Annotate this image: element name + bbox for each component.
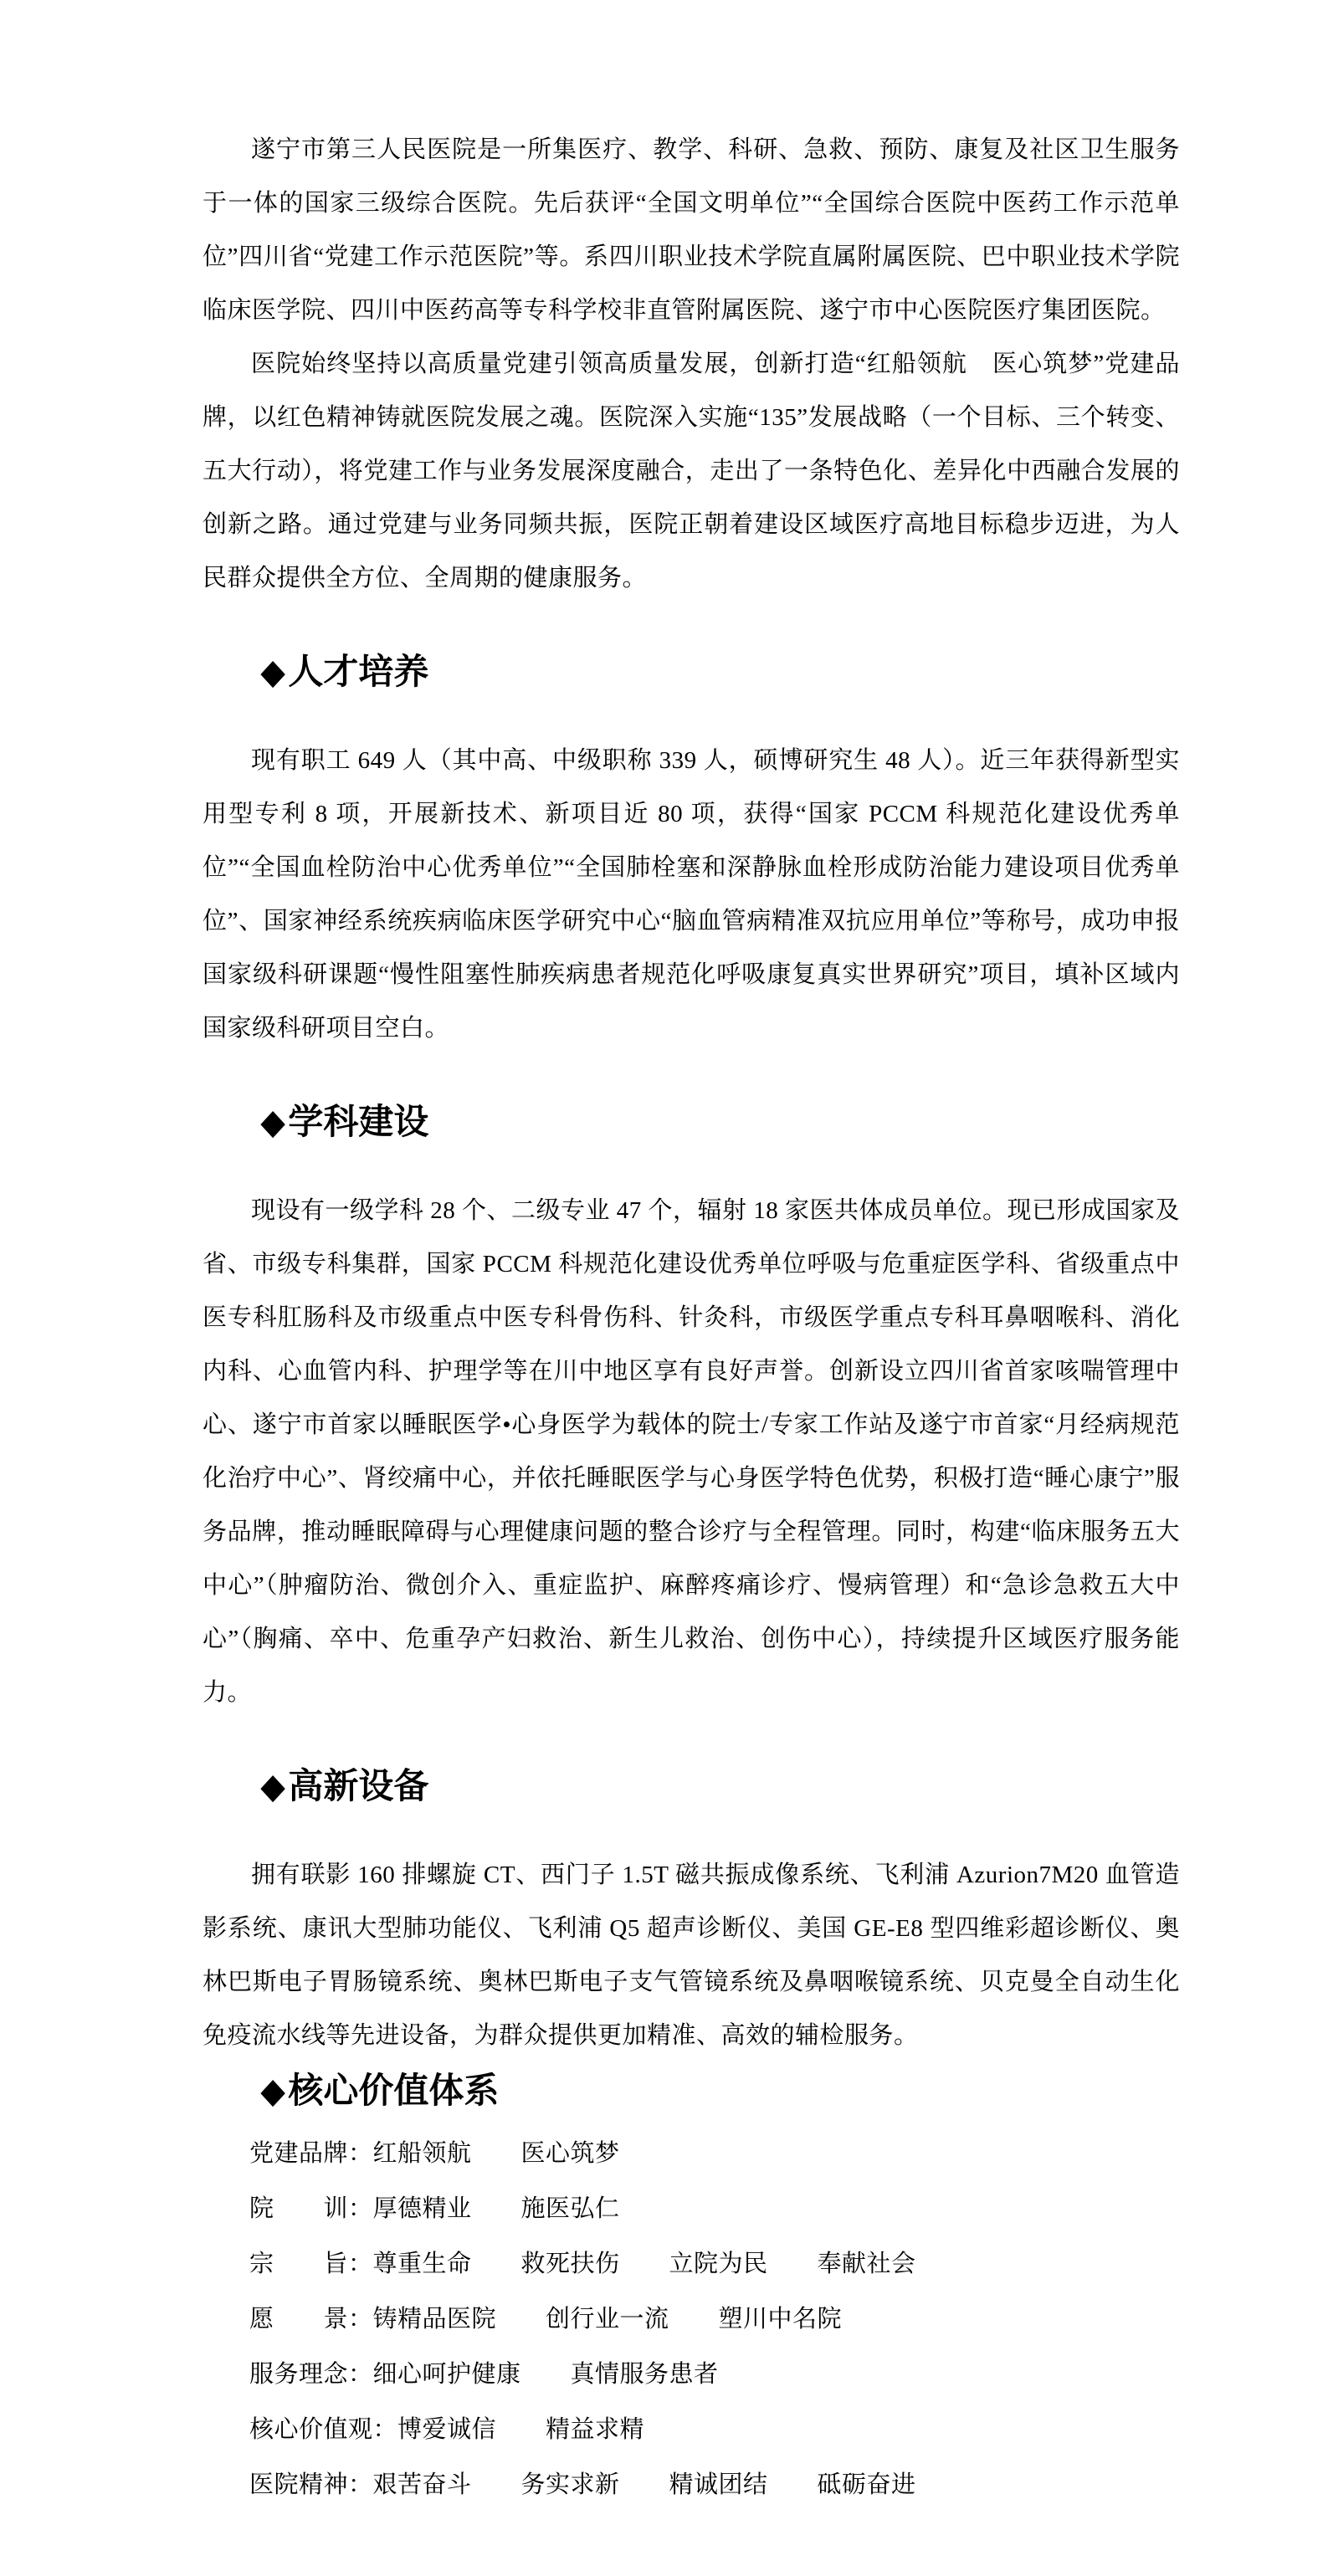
document-page: 遂宁市第三人民医院是一所集医疗、教学、科研、急救、预防、康复及社区卫生服务于一体… — [0, 0, 1328, 2576]
intro-paragraph-2: 医院始终坚持以高质量党建引领高质量发展，创新打造“红船领航 医心筑梦”党建品牌，… — [203, 337, 1180, 605]
section-heading-text: 学科建设 — [288, 1102, 428, 1141]
document-body: 遂宁市第三人民医院是一所集医疗、教学、科研、急救、预防、康复及社区卫生服务于一体… — [203, 123, 1180, 2512]
value-line-core-values: 核心价值观：博爱诚信 精益求精 — [203, 2402, 1180, 2457]
section-heading-text: 核心价值体系 — [288, 2071, 499, 2110]
intro-paragraph-1: 遂宁市第三人民医院是一所集医疗、教学、科研、急救、预防、康复及社区卫生服务于一体… — [203, 123, 1180, 337]
discipline-paragraph: 现设有一级学科 28 个、二级专业 47 个，辐射 18 家医共体成员单位。现已… — [203, 1184, 1180, 1719]
section-heading-core-values: ◆核心价值体系 — [203, 2067, 1180, 2114]
value-line-vision: 愿 景：铸精品医院 创行业一流 塑川中名院 — [203, 2292, 1180, 2347]
diamond-bullet-icon: ◆ — [260, 1099, 285, 1145]
value-line-motto: 院 训：厚德精业 施医弘仁 — [203, 2181, 1180, 2236]
value-line-party-brand: 党建品牌：红船领航 医心筑梦 — [203, 2126, 1180, 2181]
value-line-hospital-spirit: 医院精神：艰苦奋斗 务实求新 精诚团结 砥砺奋进 — [203, 2457, 1180, 2512]
section-heading-text: 人才培养 — [288, 652, 428, 691]
section-heading-talent: ◆人才培养 — [203, 648, 1180, 695]
section-heading-text: 高新设备 — [288, 1766, 428, 1805]
value-line-service-concept: 服务理念：细心呵护健康 真情服务患者 — [203, 2347, 1180, 2402]
diamond-bullet-icon: ◆ — [260, 648, 285, 695]
core-values-list: 党建品牌：红船领航 医心筑梦 院 训：厚德精业 施医弘仁 宗 旨：尊重生命 救死… — [203, 2126, 1180, 2512]
value-line-purpose: 宗 旨：尊重生命 救死扶伤 立院为民 奉献社会 — [203, 2236, 1180, 2292]
diamond-bullet-icon: ◆ — [260, 1763, 285, 1810]
equipment-paragraph: 拥有联影 160 排螺旋 CT、西门子 1.5T 磁共振成像系统、飞利浦 Azu… — [203, 1848, 1180, 2062]
talent-paragraph: 现有职工 649 人（其中高、中级职称 339 人，硕博研究生 48 人）。近三… — [203, 734, 1180, 1055]
diamond-bullet-icon: ◆ — [260, 2067, 285, 2114]
section-heading-discipline: ◆学科建设 — [203, 1099, 1180, 1145]
section-heading-equipment: ◆高新设备 — [203, 1763, 1180, 1810]
